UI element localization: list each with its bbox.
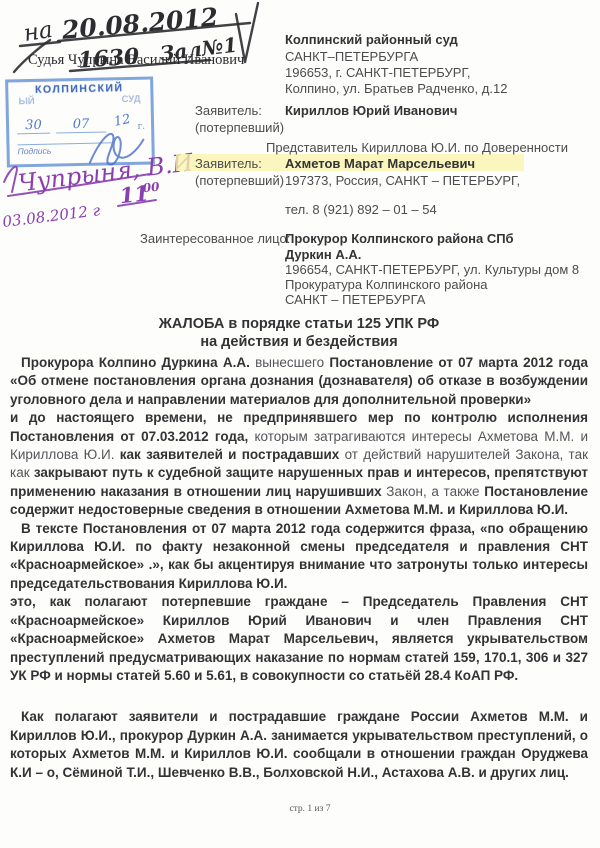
handwritten-time-minutes: 00 bbox=[142, 180, 161, 196]
stamp-fragment-right: СУД bbox=[121, 94, 140, 105]
document-body: ЖАЛОБА в порядке статьи 125 УПК РФ на де… bbox=[10, 316, 588, 782]
applicant1-role: Заявитель: bbox=[195, 103, 262, 118]
applicant1-name: Кириллов Юрий Иванович bbox=[285, 103, 457, 118]
stamp-court-name-faded: ЫЙ СУД bbox=[8, 94, 150, 108]
paragraph-5: Как полагают заявители и пострадавшие гр… bbox=[10, 708, 588, 782]
interested-address1: 196654, САНКТ-ПЕТЕРБУРГ, ул. Культуры до… bbox=[285, 262, 579, 277]
court-address-line2: Колпино, ул. Братьев Радченко, д.12 bbox=[285, 81, 507, 96]
paragraph-3: В тексте Постановления от 07 марта 2012 … bbox=[10, 520, 588, 594]
handwritten-prefix: на bbox=[22, 17, 55, 47]
paragraph-4: это, как полагают потерпевшие граждане –… bbox=[10, 593, 588, 685]
pen-flourish bbox=[4, 167, 17, 192]
document-page: на 20.08.2012 1630 Зал№1 Судья Чупрына В… bbox=[0, 0, 600, 848]
document-title-line1: ЖАЛОБА в порядке статьи 125 УПК РФ bbox=[10, 316, 588, 334]
judge-name-line: Судья Чупрына Василий Иванович bbox=[28, 52, 244, 69]
stamp-date-day: 30 bbox=[17, 118, 50, 135]
paragraph-1: Прокурора Колпино Дуркина А.А. вынесшего… bbox=[10, 354, 588, 409]
interested-role: Заинтересованное лицо: bbox=[140, 231, 290, 246]
court-city: САНКТ–ПЕТЕРБУРГА bbox=[285, 49, 418, 64]
court-name: Колпинский районный суд bbox=[285, 32, 458, 47]
applicant2-status: (потерпевший) bbox=[195, 173, 284, 188]
applicant2-role: Заявитель: bbox=[195, 156, 262, 171]
applicant2-name: Ахметов Марат Марсельевич bbox=[285, 156, 475, 171]
stamp-fragment-left: ЫЙ bbox=[18, 96, 34, 107]
document-title-line2: на действия и бездействия bbox=[10, 334, 588, 352]
interested-name2: Дуркин А.А. bbox=[285, 247, 361, 262]
interested-address2: Прокуратура Колпинского района bbox=[285, 277, 488, 292]
representative-line: Представитель Кириллова Ю.И. по Доверенн… bbox=[266, 140, 568, 155]
handwritten-signature-block: Чупрыня, В.И 03.08.2012 г 11 00 bbox=[0, 148, 180, 228]
page-number: стр. 1 из 7 bbox=[0, 804, 600, 814]
court-address-line1: 196653, г. САНКТ-ПЕТЕРБУРГ, bbox=[285, 65, 471, 80]
interested-address3: САНКТ – ПЕТЕРБУРГА bbox=[285, 292, 425, 307]
interested-name1: Прокурор Колпинского района СПб bbox=[285, 231, 514, 246]
handwritten-signature-name: Чупрыня, В.И bbox=[17, 148, 196, 197]
applicant2-address: 197373, Россия, САНКТ – ПЕТЕРБУРГ, bbox=[285, 173, 520, 188]
applicant2-phone: тел. 8 (921) 892 – 01 – 54 bbox=[285, 202, 437, 217]
applicant1-status: (потерпевший) bbox=[195, 120, 284, 135]
paragraph-2: и до настоящего времени, не предпринявше… bbox=[10, 409, 588, 519]
handwritten-signature-date: 03.08.2012 г bbox=[1, 201, 101, 231]
